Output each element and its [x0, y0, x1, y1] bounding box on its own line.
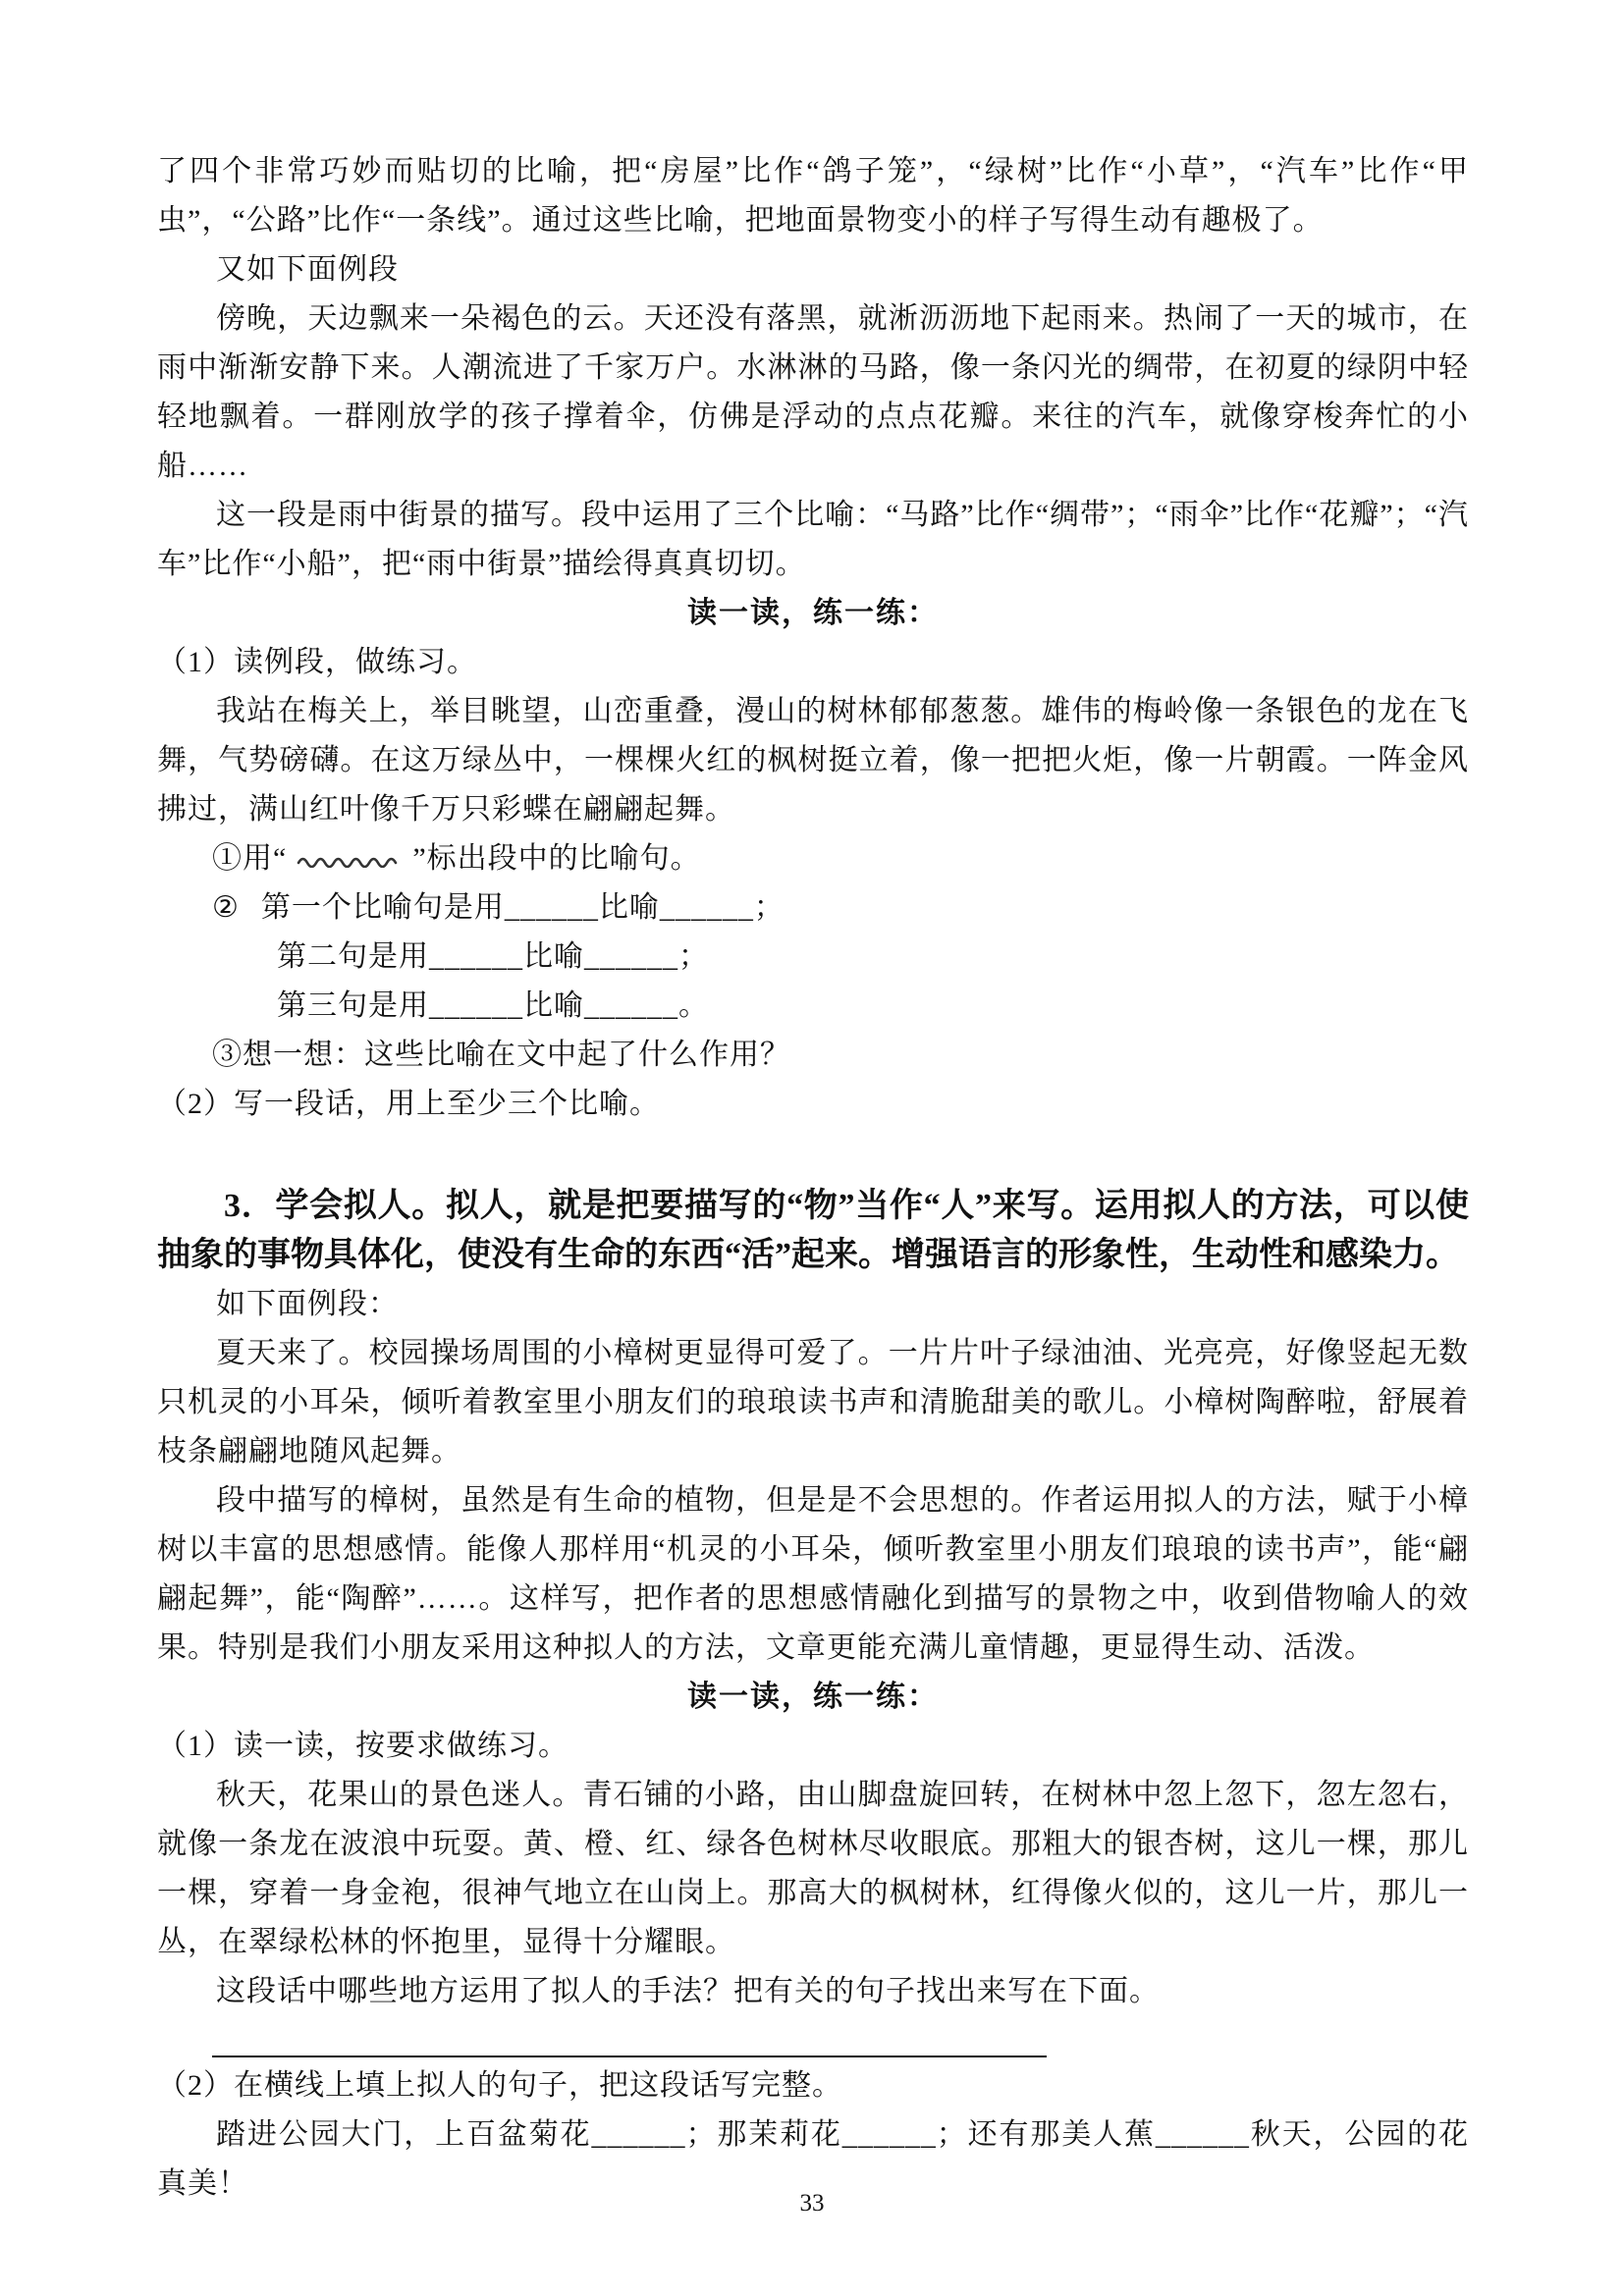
practice2-item2: （2）在横线上填上拟人的句子，把这段话写完整。: [157, 2061, 1469, 2110]
paragraph-rain-analysis: 这一段是雨中街景的描写。段中运用了三个比喻：“马路”比作“绸带”；“雨伞”比作“…: [157, 491, 1469, 589]
practice1-sub1: ①用“”标出段中的比喻句。: [212, 834, 1469, 883]
paragraph-example-rain: 傍晚，天边飘来一朵褐色的云。天还没有落黑，就淅沥沥地下起雨来。热闹了一天的城市，…: [157, 294, 1469, 491]
section3-heading: 3．学会拟人。拟人，就是把要描写的“物”当作“人”来写。运用拟人的方法，可以使抽…: [157, 1182, 1469, 1280]
practice1-sub3: ③想一想：这些比喻在文中起了什么作用？: [212, 1031, 1469, 1080]
paragraph-example-tree: 夏天来了。校园操场周围的小樟树更显得可爱了。一片片叶子绿油油、光亮亮，好像竖起无…: [157, 1329, 1469, 1476]
practice2-question: 这段话中哪些地方运用了拟人的手法？把有关的句子找出来写在下面。: [157, 1967, 1469, 2016]
practice1-sub2-line2: 第二句是用______比喻______；: [277, 933, 1469, 982]
wavy-line-icon: [297, 834, 403, 883]
document-page: 了四个非常巧妙而贴切的比喻，把“房屋”比作“鸽子笼”，“绿树”比作“小草”，“汽…: [0, 0, 1624, 2296]
page-content: 了四个非常巧妙而贴切的比喻，把“房屋”比作“鸽子笼”，“绿树”比作“小草”，“汽…: [157, 147, 1469, 2209]
paragraph-carryover: 了四个非常巧妙而贴切的比喻，把“房屋”比作“鸽子笼”，“绿树”比作“小草”，“汽…: [157, 147, 1469, 245]
answer-write-line: [212, 2024, 1047, 2057]
paragraph-tree-analysis: 段中描写的樟树，虽然是有生命的植物，但是是不会思想的。作者运用拟人的方法，赋于小…: [157, 1476, 1469, 1673]
practice2-heading: 读一读，练一练：: [157, 1673, 1469, 1722]
sub1-text-pre: ①用“: [212, 842, 287, 875]
practice1-heading: 读一读，练一练：: [157, 589, 1469, 638]
circled-two-label: ②: [212, 891, 240, 924]
practice1-item2: （2）写一段话，用上至少三个比喻。: [157, 1080, 1469, 1129]
page-number: 33: [0, 2190, 1624, 2217]
sub2-text: 第一个比喻句是用______比喻______；: [261, 891, 785, 924]
paragraph-example3-intro: 如下面例段：: [157, 1280, 1469, 1329]
paragraph-example-meiguan: 我站在梅关上，举目眺望，山峦重叠，漫山的树林郁郁葱葱。雄伟的梅岭像一条银色的龙在…: [157, 687, 1469, 834]
paragraph-example2-intro: 又如下面例段: [157, 245, 1469, 294]
practice1-sub2: ②第一个比喻句是用______比喻______；: [212, 883, 1469, 933]
practice2-item1: （1）读一读，按要求做练习。: [157, 1722, 1469, 1771]
practice1-item1: （1）读例段，做练习。: [157, 638, 1469, 687]
practice1-sub2-line3: 第三句是用______比喻______。: [277, 982, 1469, 1031]
sub1-text-post: ”标出段中的比喻句。: [412, 842, 700, 875]
paragraph-example-huaguoshan: 秋天，花果山的景色迷人。青石铺的小路，由山脚盘旋回转，在树林中忽上忽下，忽左忽右…: [157, 1771, 1469, 1967]
